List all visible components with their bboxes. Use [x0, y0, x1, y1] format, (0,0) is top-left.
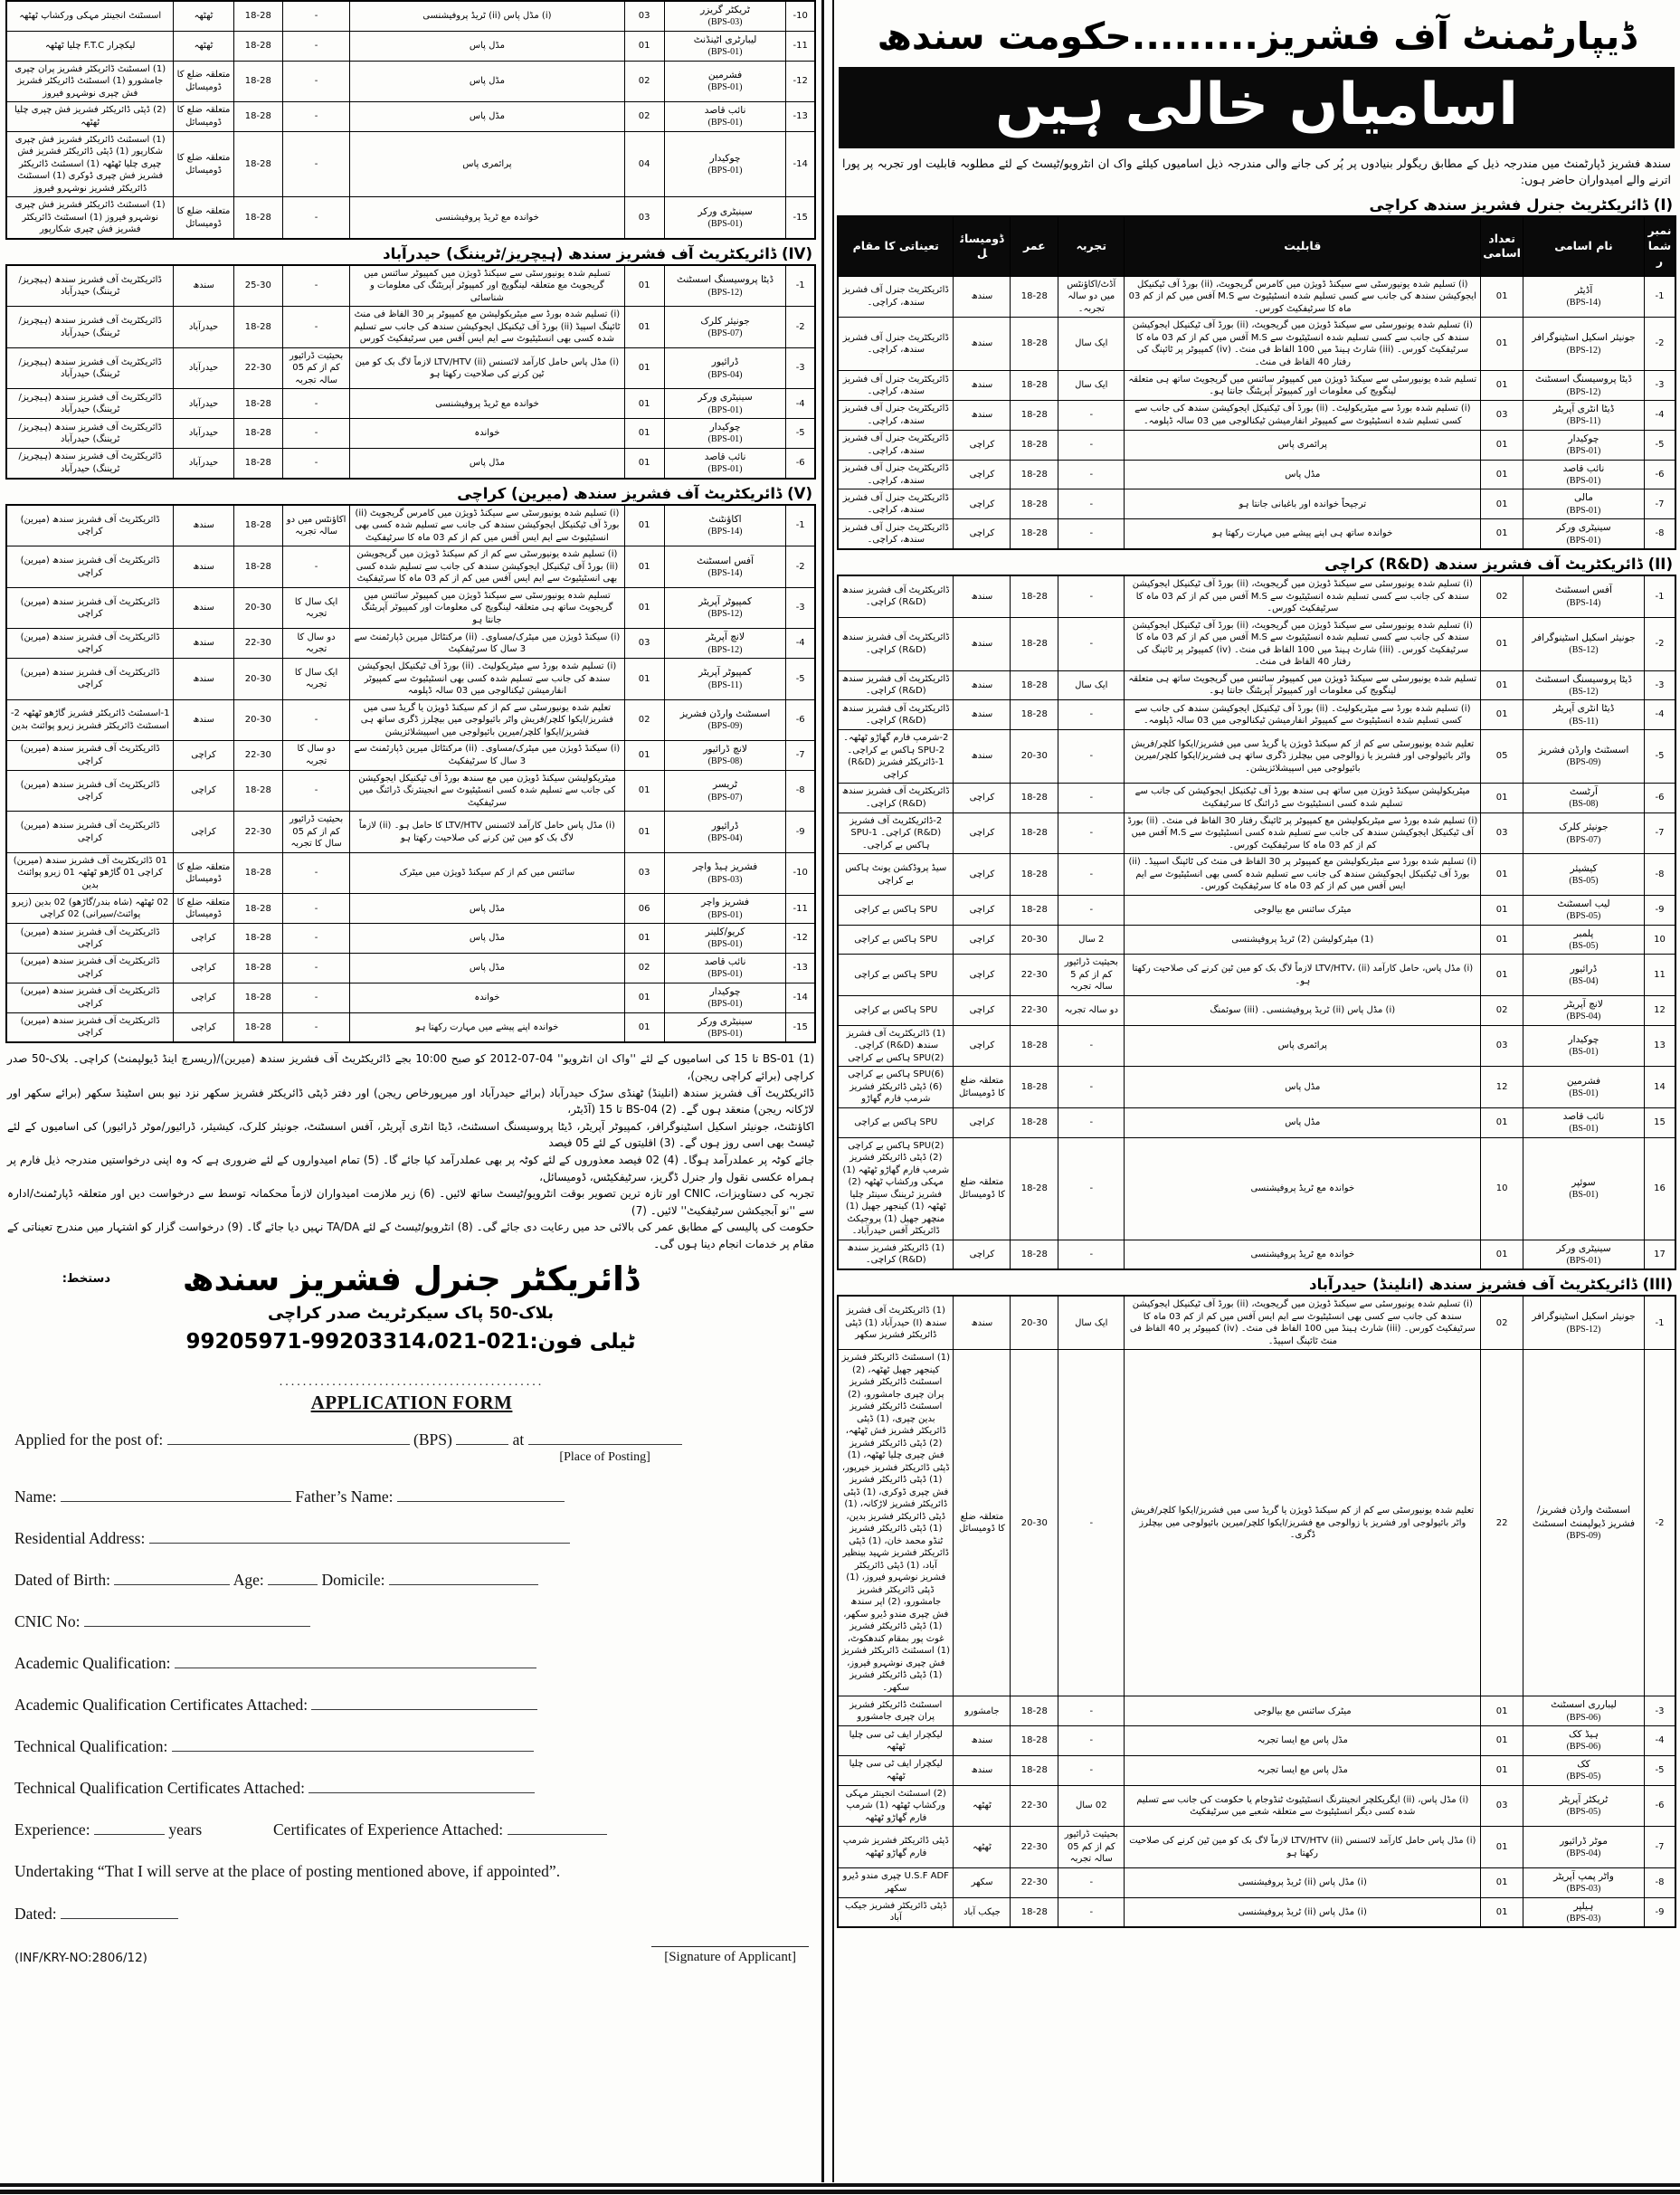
post-grade: (BS-01)	[1526, 1046, 1641, 1059]
cell-serial: -6	[1644, 784, 1675, 813]
cell-qualification: (i) تسلیم شدہ یونیورسٹی سے سیکنڈ ڈویژن م…	[1125, 1296, 1481, 1350]
header-count: تعداد اسامی	[1481, 216, 1523, 276]
job-row: -8ٹریسر(BPS-07)01میٹریکولیشن سیکنڈ ڈویژن…	[6, 770, 815, 812]
cell-location: ڈائریکٹریٹ آف فشریز سندھ (R&D) کراچی۔	[838, 784, 954, 813]
cell-qualification: (i) تسلیم شدہ یونیورسٹی سے سیکنڈ ڈویژن م…	[1125, 318, 1481, 371]
job-row: 12لانچ آپریٹر(BPS-04)02(i) مڈل پاس (ii) …	[838, 995, 1675, 1025]
cell-qualification: پرائمری پاس	[1125, 430, 1481, 460]
form-line-address: Residential Address:	[14, 1529, 809, 1548]
post-grade: (BS-12)	[1526, 686, 1641, 698]
cell-serial: -1	[1644, 575, 1675, 617]
cell-domicile: سندھ	[954, 1755, 1011, 1785]
header-sno: نمبر شمار	[1644, 216, 1675, 276]
post-name: ڈیٹا پروسیسنگ اسسٹنٹ	[1526, 673, 1641, 686]
job-row: -3ڈرائیور(BPS-04)01(i) مڈل پاس حامل کارآ…	[6, 347, 815, 389]
job-row: -15سینیٹری ورکر(BPS-01)03خواندہ مع ٹریڈ …	[6, 197, 815, 239]
name-label: Name:	[14, 1487, 57, 1506]
cell-experience: بحیثیت ڈرائیور کم از کم 5 سالہ تجربہ	[1058, 955, 1125, 996]
cell-age: 18-28	[1011, 1240, 1058, 1269]
cell-experience: -	[282, 31, 349, 61]
cell-qualification: خواندہ اپنے پیشے میں مہارت رکھتا ہو	[350, 1012, 624, 1042]
job-row: -7لانچ ڈرائیور(BPS-08)01(i) سیکنڈ ڈویژن …	[6, 741, 815, 771]
cell-domicile: کراچی	[954, 995, 1011, 1025]
job-row: -6اسسٹنٹ وارڈن فشریز(BPS-09)02تعلیم شدہ …	[6, 699, 815, 741]
cell-serial: 12	[1644, 995, 1675, 1025]
cell-count: 01	[1481, 1897, 1523, 1927]
cell-experience: -	[1058, 895, 1125, 925]
post-grade: (BS-11)	[1526, 716, 1641, 728]
cell-experience: -	[1058, 1240, 1125, 1269]
job-row: -7موٹر ڈرائیور(BPS-04)01(i) مڈل پاس حامل…	[838, 1827, 1675, 1868]
cell-count: 01	[624, 419, 664, 449]
cell-age: 22-30	[1011, 1827, 1058, 1868]
cell-age: 18-28	[233, 924, 282, 954]
job-row: 14فشرمین(BS-01)12مڈل پاس-18-28متعلقہ ضلع…	[838, 1067, 1675, 1108]
section-title: (III) ڈائریکٹریٹ آف فشریز سندھ (انلینڈ) …	[837, 1272, 1676, 1295]
dob-field[interactable]	[114, 1571, 230, 1585]
cell-post-name: نائب قاصد(BPS-01)	[664, 102, 786, 132]
cell-post-name: نائب قاصد(BS-01)	[1523, 1107, 1644, 1137]
cell-qualification: (i) مڈل پاس، حامل کارآمد LTV/HTV، (ii) ل…	[1125, 955, 1481, 996]
cell-domicile: متعلقہ ضلع کا ڈومیسائل	[174, 102, 233, 132]
post-name: اکاؤنٹنٹ	[668, 513, 783, 526]
post-grade: (BPS-01)	[668, 998, 783, 1011]
cell-count: 03	[1481, 812, 1523, 854]
post-name: جونیئر کلرک	[668, 315, 783, 328]
cell-age: 18-28	[1011, 1137, 1058, 1240]
cell-post-name: فشرمین(BPS-01)	[664, 61, 786, 102]
cell-count: 01	[1481, 1107, 1523, 1137]
acad-field[interactable]	[175, 1654, 536, 1668]
job-row: -12کریو/کلینر(BPS-01)01مڈل پاس-18-28کراچ…	[6, 924, 815, 954]
cell-qualification: (i) تسلیم شدہ بورڈ سے میٹریکولیشن مع کمپ…	[1125, 854, 1481, 896]
post-grade: (BPS-07)	[668, 792, 783, 804]
post-name: ڈرائیور	[668, 356, 783, 368]
cell-age: 18-28	[233, 1012, 282, 1042]
cell-age: 18-28	[233, 448, 282, 478]
undertaking-text: Undertaking “That I will serve at the pl…	[14, 1862, 809, 1881]
job-row: -6نائب قاصد(BPS-01)01مڈل پاس-18-28حیدرآب…	[6, 448, 815, 478]
cell-count: 01	[1481, 1827, 1523, 1868]
cell-serial: 16	[1644, 1137, 1675, 1240]
cell-age: 18-28	[1011, 401, 1058, 431]
cell-count: 01	[624, 924, 664, 954]
post-name: ڈرائیور	[668, 820, 783, 832]
cell-count: 01	[1481, 1726, 1523, 1756]
cell-serial: -10	[786, 1, 815, 31]
post-grade: (BPS-01)	[668, 938, 783, 951]
cell-location: ڈائریکٹریٹ جنرل آف فشریز سندھ، کراچی۔	[838, 489, 954, 519]
cell-age: 20-30	[1011, 1296, 1058, 1350]
job-row: 11ڈرائیور(BS-04)01(i) مڈل پاس، حامل کارآ…	[838, 955, 1675, 996]
cell-experience: ایک سال	[1058, 670, 1125, 700]
vacancy-table: -1جونیئر اسکیل اسٹینوگرافر(BPS-12)02(i) …	[837, 1295, 1676, 1928]
cell-age: 18-28	[233, 307, 282, 348]
cell-serial: -8	[1644, 854, 1675, 896]
cell-domicile: کراچی	[174, 812, 233, 853]
job-row: -15سینیٹری ورکر(BPS-01)01خواندہ اپنے پیش…	[6, 1012, 815, 1042]
cell-post-name: جونیئر اسکیل اسٹینوگرافر(BPS-12)	[1523, 1296, 1644, 1350]
cell-serial: -7	[1644, 489, 1675, 519]
cell-experience: -	[282, 983, 349, 1012]
post-grade: (BS-05)	[1526, 940, 1641, 953]
cell-location: ڈائریکٹریٹ جنرل آف فشریز سندھ، کراچی۔	[838, 276, 954, 318]
cell-post-name: ڈرائیور(BPS-04)	[664, 347, 786, 389]
cell-qualification: مڈل پاس	[350, 924, 624, 954]
cell-experience: بحیثیت ڈرائیور کم از کم 05 سالہ تجربہ	[1058, 1827, 1125, 1868]
form-line-experience: Experience: years Certificates of Experi…	[14, 1820, 809, 1839]
cell-location: ڈائریکٹریٹ جنرل آف فشریز سندھ، کراچی۔	[838, 519, 954, 549]
form-line-tech: Technical Qualification:	[14, 1737, 809, 1756]
intro-paragraph: سندھ فشریز ڈپارٹمنٹ میں مندرجہ ذیل کے مط…	[837, 154, 1676, 194]
acad-cert-label: Academic Qualification Certificates Atta…	[14, 1696, 308, 1714]
cell-domicile: متعلقہ ضلع کا ڈومیسائل	[954, 1350, 1011, 1696]
cell-serial: -4	[786, 389, 815, 419]
post-grade: (BS-04)	[1526, 975, 1641, 988]
post-grade: (BPS-05)	[1526, 1806, 1641, 1819]
cell-serial: -6	[1644, 1785, 1675, 1827]
cell-count: 04	[624, 131, 664, 197]
cell-domicile: کراچی	[174, 983, 233, 1012]
cell-count: 01	[1481, 371, 1523, 401]
job-row: -3ڈیٹا پروسیسنگ اسسٹنٹ(BS-12)01تسلیم شدہ…	[838, 670, 1675, 700]
cell-serial: -3	[786, 587, 815, 629]
cell-qualification: تسلیم شدہ یونیورسٹی سے سیکنڈ ڈویژن میں ک…	[350, 587, 624, 629]
cell-domicile: کراچی	[174, 741, 233, 771]
cell-serial: -8	[1644, 519, 1675, 549]
post-grade: (BS-01)	[1526, 1123, 1641, 1136]
cell-qualification: ترجیحاً خواندہ اور باغبانی جانتا ہو	[1125, 489, 1481, 519]
cell-age: 18-28	[1011, 1107, 1058, 1137]
cell-qualification: (i) مڈل پاس (ii) ٹریڈ پروفیشنسی	[1125, 1867, 1481, 1897]
cell-age: 18-28	[233, 419, 282, 449]
exp-years-field[interactable]	[94, 1820, 165, 1835]
cell-domicile: کراچی	[954, 1240, 1011, 1269]
post-name: لانچ آپریٹر	[668, 631, 783, 643]
cell-experience: -	[282, 924, 349, 954]
cell-experience: -	[282, 419, 349, 449]
cell-location: ڈائریکٹریٹ آف فشریز سندھ (میرین) کراچی	[6, 546, 174, 588]
cell-experience: اکاؤنٹس میں دو سالہ تجربہ	[282, 505, 349, 546]
cell-location: (1) ڈائریکٹر فشریز سندھ (R&D) کراچی۔	[838, 1240, 954, 1269]
cell-qualification: (i) تسلیم شدہ بورڈ سے میٹریکولیٹ۔ (ii) ب…	[1125, 700, 1481, 730]
cell-domicile: سندھ	[954, 1726, 1011, 1756]
cell-qualification: (i) تسلیم شدہ یونیورسٹی سے سیکنڈ ڈویژن م…	[1125, 575, 1481, 617]
cell-experience: -	[1058, 854, 1125, 896]
tech-cert-field[interactable]	[308, 1779, 535, 1793]
post-name: واٹر پمپ آپریٹر	[1526, 1870, 1641, 1883]
left-tables-container: -10ٹریکٹر گریزر(BPS-03)03(i) مڈل پاس (ii…	[5, 0, 816, 1043]
cell-domicile: سندھ	[174, 265, 233, 307]
cell-domicile: سندھ	[954, 318, 1011, 371]
post-name: موٹر ڈرائیور	[1526, 1835, 1641, 1848]
cell-age: 18-28	[1011, 1067, 1058, 1108]
cell-age: 18-28	[233, 983, 282, 1012]
cell-location: (2) اسسٹنٹ انجینئر مہکی ورکشاپ ٹھٹھہ (1)…	[838, 1785, 954, 1827]
vacancy-table: نمبر شمارنام اسامیتعداد اسامیقابلیتتجربہ…	[837, 215, 1676, 550]
cell-experience: -	[1058, 460, 1125, 489]
post-name: اسسٹنٹ وارڈن فشریز	[668, 708, 783, 720]
cell-qualification: سائنس میں کم از کم سیکنڈ ڈویژن میں میٹرک	[350, 852, 624, 894]
cell-experience: -	[282, 61, 349, 102]
section-title: (IV) ڈائریکٹریٹ آف فشریز سندھ (ہیچریز/ٹر…	[5, 242, 816, 264]
post-grade: (BPS-01)	[668, 117, 783, 129]
post-name: چوکیدار	[668, 152, 783, 165]
post-name: کریو/کلینر	[668, 926, 783, 938]
cell-qualification: تسلیم شدہ یونیورسٹی سے سیکنڈ ڈویژن میں ک…	[1125, 670, 1481, 700]
cell-domicile: سندھ	[174, 546, 233, 588]
exp-cert-field[interactable]	[508, 1820, 607, 1835]
cell-serial: -9	[1644, 895, 1675, 925]
cell-post-name: جونیئر کلرک(BPS-07)	[664, 307, 786, 348]
post-grade: (BPS-03)	[668, 16, 783, 29]
cell-domicile: متعلقہ ضلع کا ڈومیسائل	[174, 894, 233, 924]
tech-field[interactable]	[172, 1737, 534, 1752]
post-name: نائب قاصد	[1526, 1110, 1641, 1123]
cell-qualification: خواندہ مع ٹریڈ پروفیشنسی	[1125, 1240, 1481, 1269]
cell-experience: -	[1058, 1025, 1125, 1067]
cell-location: ڈائریکٹریٹ آف فشریز سندھ (میرین) کراچی	[6, 770, 174, 812]
cell-qualification: مڈل پاس	[350, 448, 624, 478]
cell-post-name: ڈرائیور(BS-04)	[1523, 955, 1644, 996]
cell-experience: -	[282, 1012, 349, 1042]
cell-age: 18-28	[233, 131, 282, 197]
cell-post-name: فشرمین(BS-01)	[1523, 1067, 1644, 1108]
post-name: کک	[1526, 1758, 1641, 1771]
cell-domicile: سندھ	[954, 575, 1011, 617]
post-grade: (BPS-09)	[668, 720, 783, 733]
cell-qualification: (i) مڈل پاس (ii) ٹریڈ پروفیشنسی۔ (iii) س…	[1125, 995, 1481, 1025]
cell-serial: 10	[1644, 925, 1675, 955]
cell-domicile: سندھ	[954, 371, 1011, 401]
domicile-label: Domicile:	[322, 1571, 385, 1589]
cell-post-name: کمپیوٹر آپریٹر(BPS-12)	[664, 587, 786, 629]
cnic-field[interactable]	[84, 1612, 310, 1627]
cell-location: ڈائریکٹریٹ آف فشریز سندھ (R&D) کراچی۔	[838, 670, 954, 700]
cell-age: 18-28	[1011, 318, 1058, 371]
post-grade: (BPS-01)	[1526, 535, 1641, 547]
job-row: -4ڈیٹا انٹری آپریٹر(BPS-11)03(i) تسلیم ش…	[838, 401, 1675, 431]
post-grade: (BPS-05)	[1526, 910, 1641, 923]
cell-age: 20-30	[233, 587, 282, 629]
header-location: تعیناتی کا مقام	[838, 216, 954, 276]
cell-post-name: فشریز واچر(BPS-01)	[664, 894, 786, 924]
cell-location: 02 ٹھٹھہ (شاہ بندر/گاڑھو) 02 بدین (زیرو …	[6, 894, 174, 924]
post-name: نائب قاصد	[668, 451, 783, 463]
cell-experience: -	[1058, 519, 1125, 549]
cell-location: اسسٹنٹ انجینئر مہکی ورکشاپ ٹھٹھہ	[6, 1, 174, 31]
cell-post-name: ڈیٹا پروسیسنگ اسسٹنٹ(BPS-12)	[664, 265, 786, 307]
cell-age: 18-28	[233, 197, 282, 239]
signature-caption: [Signature of Applicant]	[651, 1946, 809, 1965]
cell-domicile: کراچی	[954, 489, 1011, 519]
cell-serial: -7	[1644, 1827, 1675, 1868]
job-row: -10ٹریکٹر گریزر(BPS-03)03(i) مڈل پاس (ii…	[6, 1, 815, 31]
cell-domicile: کراچی	[954, 895, 1011, 925]
cell-qualification: (i) تسلیم شدہ یونیورسٹی سے سیکنڈ ڈویژن م…	[350, 505, 624, 546]
cell-location: ڈائریکٹریٹ آف فشریز سندھ (میرین) کراچی	[6, 924, 174, 954]
cell-location: SPU ہاکس بے کراچی	[838, 995, 954, 1025]
cell-serial: 15	[1644, 1107, 1675, 1137]
cell-experience: -	[282, 197, 349, 239]
cell-location: (1) اسسٹنٹ ڈائریکٹر فشریز فش چپری نوشہرو…	[6, 197, 174, 239]
cell-domicile: سندھ	[954, 700, 1011, 730]
ad-reference: (INF/KRY-NO:2806/12)	[14, 1951, 147, 1965]
cell-serial: 14	[1644, 1067, 1675, 1108]
cell-qualification: خواندہ	[350, 419, 624, 449]
cell-count: 02	[1481, 995, 1523, 1025]
address-label: Residential Address:	[14, 1529, 145, 1547]
cell-qualification: (i) سیکنڈ ڈویژن میں میٹرک/مساوی۔ (ii) مر…	[350, 741, 624, 771]
cell-post-name: چوکیدار(BPS-01)	[664, 131, 786, 197]
cell-count: 02	[1481, 575, 1523, 617]
bps-field[interactable]	[456, 1430, 508, 1445]
name-field[interactable]	[61, 1487, 291, 1502]
cell-location: (1) ڈائریکٹریٹ آف فشریز سندھ (R&D) کراچی…	[838, 1025, 954, 1067]
cell-experience: -	[282, 102, 349, 132]
post-grade: (BPS-01)	[668, 81, 783, 94]
cell-domicile: ٹھٹھہ	[174, 31, 233, 61]
address-field[interactable]	[149, 1529, 570, 1544]
post-name: فشرمین	[1526, 1075, 1641, 1088]
cell-serial: -15	[786, 197, 815, 239]
job-row: -8سینیٹری ورکر(BPS-01)01خواندہ ساتھ ہی ا…	[838, 519, 1675, 549]
cell-experience: دو سالہ تجربہ	[1058, 995, 1125, 1025]
father-field[interactable]	[397, 1487, 565, 1502]
cell-age: 18-28	[1011, 617, 1058, 670]
cell-experience: -	[282, 699, 349, 741]
post-name: مالی	[1526, 491, 1641, 504]
job-row: 10پلمبر(BS-05)01(1) میٹرکولیشن (2) ٹریڈ …	[838, 925, 1675, 955]
cell-serial: -5	[786, 659, 815, 700]
cell-count: 01	[624, 389, 664, 419]
cell-serial: -5	[1644, 730, 1675, 784]
cell-serial: -6	[786, 699, 815, 741]
cell-serial: -3	[1644, 1696, 1675, 1726]
domicile-field[interactable]	[389, 1571, 538, 1585]
cell-experience: ایک سال کا تجربہ	[282, 587, 349, 629]
father-label: Father’s Name:	[295, 1487, 393, 1506]
at-label: at	[513, 1430, 525, 1449]
cell-age: 18-28	[233, 1, 282, 31]
cell-qualification: (i) مڈل پاس (ii) ٹریڈ پروفیشنسی	[1125, 1897, 1481, 1927]
cell-domicile: کراچی	[174, 770, 233, 812]
cell-post-name: لیبارری اسسٹنٹ(BPS-06)	[1523, 1696, 1644, 1726]
cell-qualification: (i) تسلیم شدہ بورڈ سے میٹریکولیشن مع کمپ…	[350, 307, 624, 348]
job-row: -5چوکیدار(BPS-01)01خواندہ-18-28حیدرآبادڈ…	[6, 419, 815, 449]
cell-qualification: خواندہ مع ٹریڈ پروفیشنسی	[1125, 1137, 1481, 1240]
post-grade: (BPS-14)	[1526, 597, 1641, 610]
job-row: -5اسسٹنٹ وارڈن فشریز(BPS-09)05تعلیم شدہ …	[838, 730, 1675, 784]
job-row: -1ڈیٹا پروسیسنگ اسسٹنٹ(BPS-12)01تسلیم شد…	[6, 265, 815, 307]
cell-post-name: ہیڈ کک(BPS-06)	[1523, 1726, 1644, 1756]
cell-age: 18-28	[1011, 812, 1058, 854]
cell-post-name: چوکیدار(BS-01)	[1523, 1025, 1644, 1067]
signature-block: دستخط: ڈائریکٹر جنرل فشریز سندھ بلاک-50 …	[5, 1259, 816, 1354]
cell-location: 01 ڈائریکٹریٹ آف فشریز سندھ (میرین) کراچ…	[6, 852, 174, 894]
cell-qualification: مڈل پاس مع ایسا تجربہ	[1125, 1726, 1481, 1756]
post-name: جونیئر اسکیل اسٹینوگرافر	[1526, 331, 1641, 344]
post-field[interactable]	[167, 1430, 410, 1445]
cell-age: 18-28	[1011, 519, 1058, 549]
post-grade: (BPS-01)	[1526, 475, 1641, 488]
cell-count: 01	[1481, 1240, 1523, 1269]
cell-count: 01	[624, 31, 664, 61]
header-qualification: قابلیت	[1125, 216, 1481, 276]
cell-location: ڈائریکٹریٹ آف فشریز سندھ (میرین) کراچی	[6, 741, 174, 771]
cell-serial: -2	[1644, 318, 1675, 371]
cell-location: ڈائریکٹریٹ آف فشریز سندھ (ہیچریز/ٹریننگ)…	[6, 448, 174, 478]
left-newspaper-column: -10ٹریکٹر گریزر(BPS-03)03(i) مڈل پاس (ii…	[5, 0, 816, 2182]
office-address: بلاک-50 پاک سیکرٹریٹ صدر کراچی	[5, 1304, 816, 1323]
post-grade: (BPS-01)	[668, 909, 783, 922]
post-grade: (BPS-01)	[668, 1028, 783, 1040]
post-name: ڈیٹا انٹری آپریٹر	[1526, 403, 1641, 415]
right-newspaper-column: ڈیپارٹمنٹ آف فشریز.........حکومت سندھ اس…	[837, 0, 1676, 2182]
cell-location: ڈائریکٹریٹ جنرل آف فشریز سندھ، کراچی۔	[838, 460, 954, 489]
cell-qualification: (i) مڈل پاس حامل کارآمد لائسنس LTV/HTV (…	[350, 347, 624, 389]
cell-domicile: سندھ	[174, 587, 233, 629]
post-name: ڈیٹا پروسیسنگ اسسٹنٹ	[668, 273, 783, 286]
post-name: آفس اسسٹنٹ	[1526, 584, 1641, 596]
exp-label: Experience:	[14, 1820, 90, 1839]
cell-location: (1) اسسٹنٹ ڈائریکٹر فشریز کینجھر جھیل ٹھ…	[838, 1350, 954, 1696]
cell-location: اسسٹنٹ ڈائریکٹر فشریز پران چپری جامشورو	[838, 1696, 954, 1726]
cell-experience: -	[282, 131, 349, 197]
table-header-row: نمبر شمارنام اسامیتعداد اسامیقابلیتتجربہ…	[838, 216, 1675, 276]
job-row: -2جونیئر کلرک(BPS-07)01(i) تسلیم شدہ بور…	[6, 307, 815, 348]
cell-serial: -7	[1644, 812, 1675, 854]
post-grade: (BPS-07)	[1526, 834, 1641, 847]
cell-location: (1) اسسٹنٹ ڈائریکٹر فشریز فش چپری شکارپو…	[6, 131, 174, 197]
cell-post-name: واٹر پمپ آپریٹر(BPS-03)	[1523, 1867, 1644, 1897]
dated-field[interactable]	[61, 1905, 178, 1919]
cell-domicile: سندھ	[954, 1296, 1011, 1350]
post-name: کمپیوٹر آپریٹر	[668, 595, 783, 608]
place-caption: [Place of Posting]	[528, 1450, 682, 1465]
age-field[interactable]	[268, 1571, 318, 1585]
cell-count: 02	[1481, 1296, 1523, 1350]
acad-cert-field[interactable]	[311, 1696, 537, 1710]
cell-count: 01	[1481, 1696, 1523, 1726]
header-experience: تجربہ	[1058, 216, 1125, 276]
cell-location: ڈائریکٹریٹ آف فشریز سندھ (ہیچریز/ٹریننگ)…	[6, 265, 174, 307]
cell-domicile: کراچی	[954, 1025, 1011, 1067]
cell-age: 18-28	[233, 770, 282, 812]
header-name: نام اسامی	[1523, 216, 1644, 276]
cell-post-name: آفس اسسٹنٹ(BPS-14)	[664, 546, 786, 588]
cell-serial: 11	[1644, 955, 1675, 996]
post-name: ٹریکٹر آپریٹر	[1526, 1793, 1641, 1806]
cell-post-name: ٹریکٹر آپریٹر(BPS-05)	[1523, 1785, 1644, 1827]
post-grade: (BPS-14)	[668, 567, 783, 580]
footnote-line: حکومت کی پالیسی کے مطابق عمر کی بالائی ح…	[7, 1219, 814, 1252]
footnote-line: تجربہ کی دستاویزات، CNIC اور تازہ ترین ت…	[7, 1185, 814, 1219]
cell-experience: -	[282, 307, 349, 348]
cell-serial: -2	[1644, 617, 1675, 670]
cell-qualification: میٹرک سائنس مع بیالوجی	[1125, 1696, 1481, 1726]
cell-domicile: حیدرآباد	[174, 307, 233, 348]
cell-location: لیکچرار F.T.C چلیا ٹھٹھہ	[6, 31, 174, 61]
job-row: -11لیبارٹری اٹینڈنٹ(BPS-01)01مڈل پاس-18-…	[6, 31, 815, 61]
post-grade: (BPS-12)	[668, 644, 783, 657]
post-name: نائب قاصد	[668, 104, 783, 117]
cell-serial: -13	[786, 102, 815, 132]
post-grade: (BPS-01)	[668, 404, 783, 417]
place-field[interactable]	[528, 1430, 682, 1445]
cell-post-name: فشریز ہیڈ واچر(BPS-03)	[664, 852, 786, 894]
cell-qualification: میٹریکولیشن سیکنڈ ڈویژن میں مع سندھ بورڈ…	[350, 770, 624, 812]
